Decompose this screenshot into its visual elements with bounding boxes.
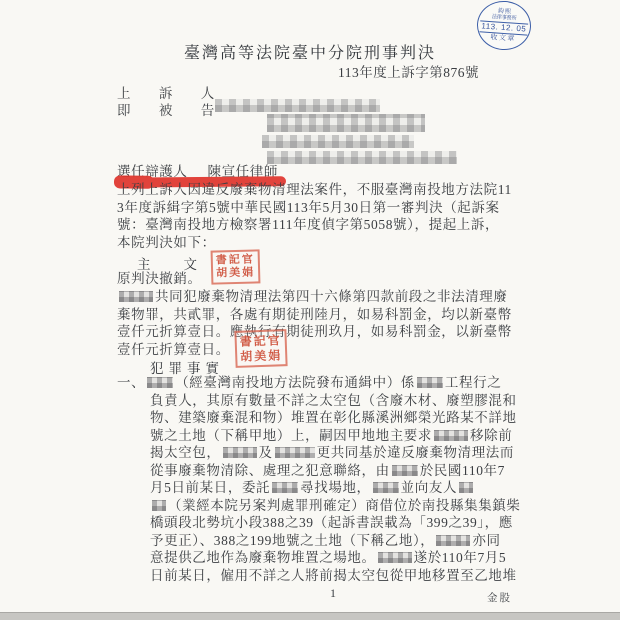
redacted-name: [434, 430, 468, 441]
redacted-name: [417, 377, 443, 388]
court-division: 金股: [487, 590, 512, 605]
redacted-name: [373, 482, 399, 493]
redacted-name: [275, 447, 315, 458]
fact-line: 一、（經臺灣南投地方法院發布通緝中）係工程行之: [117, 374, 521, 392]
document-title: 臺灣高等法院臺中分院刑事判決: [0, 40, 620, 63]
clerk-stamp-name: 胡美娟: [240, 348, 282, 364]
redacted-defendant-info: [267, 151, 457, 164]
case-number: 113年度上訴字第876號: [338, 61, 479, 81]
redacted-name: [272, 482, 298, 493]
clerk-stamp: 書記官 胡美娟: [234, 329, 287, 368]
court-judgment-page: 鈞熙 法律事務所 113. 12. 05 收文章 臺灣高等法院臺中分院刑事判決 …: [0, 0, 620, 620]
redacted-defendant-info: [262, 135, 414, 148]
fact-line: 意提供乙地作為廢棄物堆置之場地。遂於110年7月5: [117, 549, 521, 567]
clerk-stamp: 書記官 胡美娟: [211, 249, 261, 284]
fact-line: （業經本院另案判處罪刑確定）商借位於南投縣集集鎮柴: [117, 497, 521, 515]
redacted-defendant-name: [215, 99, 380, 112]
redacted-name: [147, 377, 173, 388]
fact-line: 月5日前某日，委託尋找場地，並向友人: [117, 479, 521, 497]
fact-line: 橋頭段北勢坑小段388之39（起訴書誤載為「399之39」，應: [117, 514, 521, 532]
main-text-line: 壹仟元折算壹日。應執行有期徒刑玖月，如易科罰金，以新臺幣: [117, 323, 512, 341]
redacted-name: [436, 535, 470, 546]
clerk-stamp-title: 書記官: [240, 333, 282, 349]
fact-line: 予更正）、388之199地號之土地（下稱乙地），亦同: [117, 532, 521, 550]
fact-line: 從事廢棄物清除、處理之犯意聯絡，由於民國110年7: [117, 462, 521, 480]
preamble-line: 3年度訴緝字第5號中華民國113年5月30日第一審判決（起訴案: [117, 199, 512, 217]
redacted-name: [119, 291, 153, 302]
page-number: 1: [330, 586, 336, 601]
redacted-name: [459, 482, 473, 493]
fact-line: 日前某日，僱用不詳之人將前揭太空包從甲地移置至乙地堆: [117, 567, 521, 585]
preamble-line: 號：臺灣南投地方檢察署111年度偵字第5058號），提起上訴，: [117, 216, 512, 234]
fact-line: 物、建築廢棄混和物）堆置在彰化縣溪洲鄉榮光路某不詳地: [117, 409, 521, 427]
main-text-line: 共同犯廢棄物清理法第四十六條第四款前段之非法清理廢: [117, 288, 508, 306]
redacted-name: [152, 500, 166, 511]
redacted-defendant-info: [267, 114, 425, 132]
clerk-stamp-title: 書記官: [216, 253, 255, 267]
preamble-line: 上列上訴人因違反廢棄物清理法案件，不服臺灣南投地方法院11: [117, 181, 512, 199]
clerk-stamp-name: 胡美娟: [216, 266, 255, 280]
preamble: 上列上訴人因違反廢棄物清理法案件，不服臺灣南投地方法院11 3年度訴緝字第5號中…: [117, 181, 512, 251]
scan-page-edge: [0, 612, 620, 620]
main-text-line: 壹仟元折算壹日。: [117, 341, 230, 359]
redacted-name: [223, 447, 257, 458]
main-text-line: 原判決撤銷。: [117, 270, 202, 288]
facts-paragraph: 一、（經臺灣南投地方法院發布通緝中）係工程行之 負責人，其原有數量不詳之太空包（…: [117, 374, 521, 585]
fact-line: 號之土地（下稱甲地）上，嗣因甲地地主要求移除前: [117, 427, 521, 445]
fact-line: 揭太空包，及更共同基於違反廢棄物清理法而: [117, 444, 521, 462]
redacted-name: [378, 552, 412, 563]
fact-line: 負責人，其原有數量不詳之太空包（含廢木材、廢塑膠混和: [117, 392, 521, 410]
main-text-line: 棄物罪，共貳罪，各處有期徒刑陸月，如易科罰金，均以新臺幣: [117, 306, 512, 324]
appellant-label: 上 訴 人: [117, 85, 227, 103]
redacted-name: [392, 465, 418, 476]
defendant-label: 即 被 告: [117, 102, 227, 120]
preamble-line: 本院判決如下：: [117, 234, 512, 252]
